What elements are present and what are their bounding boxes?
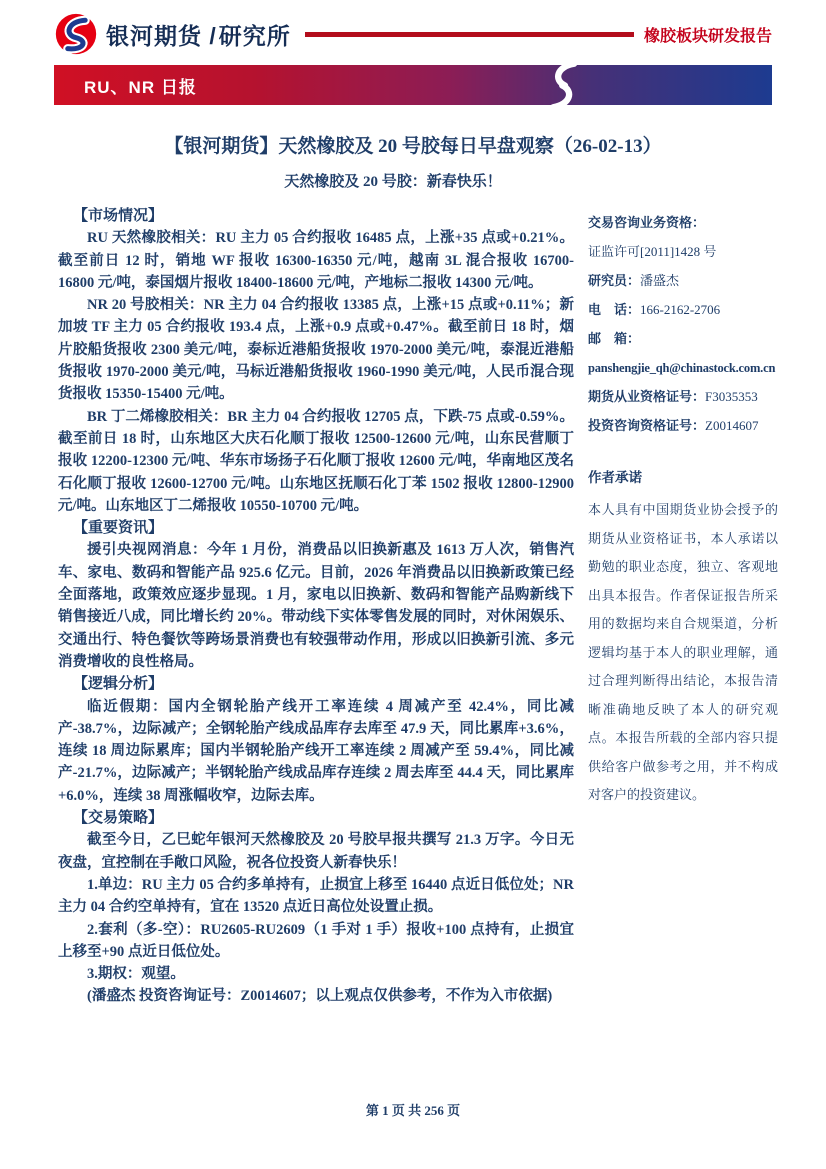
market-paragraph-br: BR 丁二烯橡胶相关：BR 主力 04 合约报收 12705 点，下跌-75 点… [58,406,574,517]
author-pledge-body: 本人具有中国期货业协会授予的期货从业资格证书，本人承诺以勤勉的职业态度，独立、客… [588,496,778,810]
strategy-item-options: 3.期权：观望。 [58,963,574,985]
brand-text: 银河期货 /研究所 [106,18,291,51]
report-subtitle: 天然橡胶及 20 号胶：新春快乐！ [40,170,746,191]
report-banner: RU、NR 日报 [54,65,772,105]
report-title: 【银河期货】天然橡胶及 20 号胶每日早盘观察（26-02-13） [40,131,786,158]
content-area: 【市场情况】 RU 天然橡胶相关：RU 主力 05 合约报收 16485 点，上… [0,191,826,1008]
brand-row: 银河期货 /研究所 橡胶板块研发报告 [54,12,772,56]
qualification-number: 证监许可[2011]1428 号 [588,242,778,262]
advisory-cert-label: 投资咨询资格证号： [588,418,705,433]
report-body: 【市场情况】 RU 天然橡胶相关：RU 主力 05 合约报收 16485 点，上… [58,205,574,1008]
advisory-cert-number: Z0014607 [705,418,758,433]
qualification-value: 证监许可[2011]1428 号 [588,244,716,259]
page-number-indicator: 第 1 页 共 256 页 [0,1100,826,1119]
qualification-label: 交易咨询业务资格： [588,215,705,230]
header-rule-divider [305,32,634,37]
qualification-heading: 交易咨询业务资格： [588,213,778,233]
section-heading-logic: 【逻辑分析】 [58,673,574,695]
researcher-line: 研究员：潘盛杰 [588,271,778,291]
section-heading-strategy: 【交易策略】 [58,807,574,829]
researcher-label: 研究员： [588,273,640,288]
section-strategy: 【交易策略】 截至今日，乙巳蛇年银河天然橡胶及 20 号胶早报共撰写 21.3 … [58,807,574,1008]
section-heading-market: 【市场情况】 [58,205,574,227]
strategy-intro-paragraph: 截至今日，乙巳蛇年银河天然橡胶及 20 号胶早报共撰写 21.3 万字。今日无夜… [58,829,574,874]
market-paragraph-nr: NR 20 号胶相关：NR 主力 04 合约报收 13385 点，上涨+15 点… [58,294,574,405]
galaxy-futures-logo-icon [54,12,98,56]
report-sidebar: 交易咨询业务资格： 证监许可[2011]1428 号 研究员：潘盛杰 电 话：1… [588,205,778,810]
report-series-tag: 橡胶板块研发报告 [644,23,772,46]
email-label-line: 邮 箱： [588,329,778,349]
futures-cert-number: F3035353 [705,389,758,404]
brand-slash: / [209,23,216,49]
banner-title: RU、NR 日报 [84,73,197,98]
section-logic: 【逻辑分析】 临近假期：国内全钢轮胎产线开工率连续 4 周减产至 42.4%，同… [58,673,574,807]
section-market: 【市场情况】 RU 天然橡胶相关：RU 主力 05 合约报收 16485 点，上… [58,205,574,517]
futures-cert-line: 期货从业资格证号：F3035353 [588,387,778,407]
brand-division: 研究所 [219,23,291,49]
phone-label: 电 话： [588,302,640,317]
banner-s-swoosh-icon [546,65,580,105]
section-news: 【重要资讯】 援引央视网消息：今年 1 月份，消费品以旧换新惠及 1613 万人… [58,517,574,673]
strategy-item-unilateral: 1.单边：RU 主力 05 合约多单持有，止损宜上移至 16440 点近日低位处… [58,874,574,919]
brand-name: 银河期货 [106,23,202,49]
email-label: 邮 箱： [588,331,640,346]
section-heading-news: 【重要资讯】 [58,517,574,539]
email-address: panshengjie_qh@chinastock.com.cn [588,358,778,378]
report-page: 银河期货 /研究所 橡胶板块研发报告 RU、NR 日报 【银河期货】天然橡胶及 … [0,0,826,1169]
page-header: 银河期货 /研究所 橡胶板块研发报告 RU、NR 日报 [0,0,826,105]
news-paragraph: 援引央视网消息：今年 1 月份，消费品以旧换新惠及 1613 万人次，销售汽车、… [58,539,574,673]
strategy-item-arbitrage: 2.套利（多-空）：RU2605-RU2609（1 手对 1 手）报收+100 … [58,919,574,964]
phone-line: 电 话：166-2162-2706 [588,300,778,320]
author-pledge-heading: 作者承诺 [588,466,778,486]
strategy-disclaimer: (潘盛杰 投资咨询证号：Z0014607；以上观点仅供参考，不作为入市依据) [58,985,574,1007]
researcher-name: 潘盛杰 [640,273,679,288]
logic-paragraph: 临近假期：国内全钢轮胎产线开工率连续 4 周减产至 42.4%，同比减产-38.… [58,696,574,807]
futures-cert-label: 期货从业资格证号： [588,389,705,404]
phone-number: 166-2162-2706 [640,302,720,317]
market-paragraph-ru: RU 天然橡胶相关：RU 主力 05 合约报收 16485 点，上涨+35 点或… [58,227,574,294]
advisory-cert-line: 投资咨询资格证号：Z0014607 [588,416,778,436]
